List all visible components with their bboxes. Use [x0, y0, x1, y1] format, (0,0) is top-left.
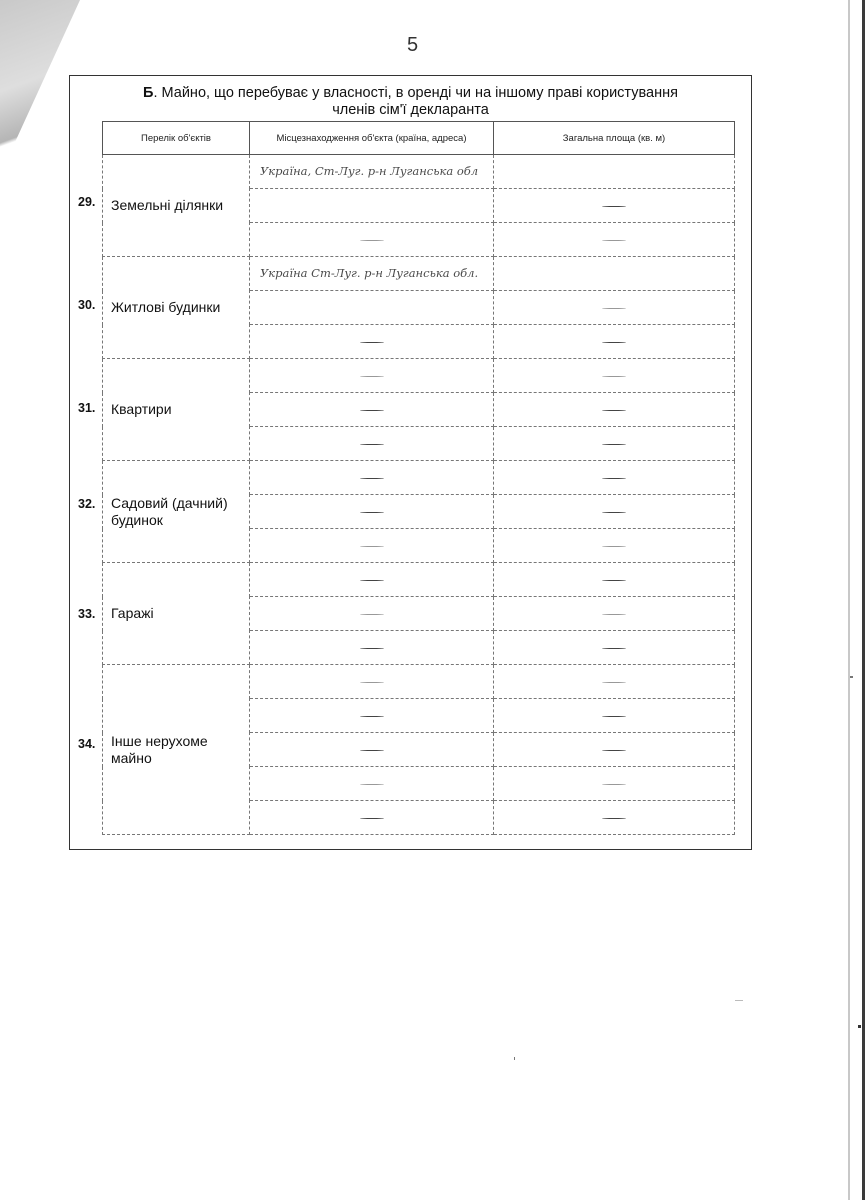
table-body: Земельні ділянкиУкраїна, Ст-Луг. р-н Луг…	[103, 155, 735, 835]
section-title-text: . Майно, що перебуває у власності, в оре…	[153, 85, 677, 101]
page-number: 5	[0, 34, 825, 57]
handwritten-dash	[602, 342, 626, 343]
location-cell	[250, 427, 494, 461]
handwritten-dash	[360, 444, 384, 445]
handwritten-dash	[602, 580, 626, 581]
item-number: 29.	[78, 195, 95, 209]
area-cell	[494, 291, 735, 325]
handwritten-dash	[360, 614, 384, 615]
handwritten-dash	[602, 716, 626, 717]
handwritten-dash	[360, 546, 384, 547]
area-cell	[494, 529, 735, 563]
handwritten-dash	[602, 784, 626, 785]
handwritten-dash	[360, 512, 384, 513]
category-cell: Садовий (дачний) будинок	[103, 461, 250, 563]
handwritten-address: Україна Ст-Луг. р-н Луганська обл.	[250, 267, 493, 280]
category-cell: Гаражі	[103, 563, 250, 665]
area-cell	[494, 733, 735, 767]
location-cell	[250, 325, 494, 359]
location-cell	[250, 665, 494, 699]
handwritten-dash	[360, 750, 384, 751]
area-cell	[494, 461, 735, 495]
location-cell	[250, 597, 494, 631]
handwritten-dash	[602, 240, 626, 241]
handwritten-dash	[360, 580, 384, 581]
area-cell	[494, 427, 735, 461]
handwritten-dash	[602, 410, 626, 411]
scan-speck	[850, 676, 853, 678]
handwritten-dash	[602, 376, 626, 377]
header-location: Місцезнаходження об'єкта (країна, адреса…	[250, 122, 494, 155]
category-cell: Інше нерухоме майно	[103, 665, 250, 835]
location-cell	[250, 393, 494, 427]
handwritten-dash	[360, 682, 384, 683]
scan-speck	[514, 1057, 515, 1060]
category-cell: Житлові будинки	[103, 257, 250, 359]
table-row: Квартири	[103, 359, 735, 393]
location-cell	[250, 563, 494, 597]
property-table: Перелік об'єктів Місцезнаходження об'єкт…	[102, 121, 735, 835]
scan-speck	[735, 1000, 743, 1001]
handwritten-dash	[602, 648, 626, 649]
item-number: 34.	[78, 737, 95, 751]
area-cell	[494, 631, 735, 665]
location-cell	[250, 631, 494, 665]
area-cell	[494, 563, 735, 597]
item-number: 33.	[78, 607, 95, 621]
handwritten-dash	[360, 648, 384, 649]
area-cell	[494, 801, 735, 835]
table-header-row: Перелік об'єктів Місцезнаходження об'єкт…	[103, 122, 735, 155]
location-cell	[250, 359, 494, 393]
handwritten-dash	[360, 716, 384, 717]
header-objects: Перелік об'єктів	[103, 122, 250, 155]
handwritten-dash	[360, 410, 384, 411]
location-cell: Україна, Ст-Луг. р-н Луганська обл	[250, 155, 494, 189]
section-letter: Б	[143, 85, 153, 101]
handwritten-dash	[602, 478, 626, 479]
handwritten-dash	[602, 206, 626, 207]
handwritten-dash	[360, 478, 384, 479]
location-cell	[250, 529, 494, 563]
area-cell	[494, 495, 735, 529]
area-cell	[494, 223, 735, 257]
section-title-line2: членів сім'ї декларанта	[332, 102, 489, 118]
area-cell	[494, 155, 735, 189]
category-cell: Квартири	[103, 359, 250, 461]
location-cell	[250, 733, 494, 767]
handwritten-dash	[602, 546, 626, 547]
header-area: Загальна площа (кв. м)	[494, 122, 735, 155]
location-cell	[250, 223, 494, 257]
scan-corner-shadow	[0, 0, 80, 175]
area-cell	[494, 767, 735, 801]
handwritten-dash	[360, 376, 384, 377]
handwritten-dash	[602, 614, 626, 615]
location-cell	[250, 699, 494, 733]
handwritten-dash	[360, 818, 384, 819]
location-cell	[250, 461, 494, 495]
handwritten-address: Україна, Ст-Луг. р-н Луганська обл	[250, 165, 493, 178]
area-cell	[494, 597, 735, 631]
area-cell	[494, 257, 735, 291]
item-number: 31.	[78, 401, 95, 415]
handwritten-dash	[602, 512, 626, 513]
location-cell	[250, 801, 494, 835]
handwritten-dash	[602, 444, 626, 445]
handwritten-dash	[602, 308, 626, 309]
area-cell	[494, 325, 735, 359]
item-number: 30.	[78, 298, 95, 312]
table-row: Земельні ділянкиУкраїна, Ст-Луг. р-н Луг…	[103, 155, 735, 189]
handwritten-dash	[602, 750, 626, 751]
scan-edge-line	[848, 0, 850, 1200]
area-cell	[494, 359, 735, 393]
section-title: Б. Майно, що перебуває у власності, в ор…	[69, 85, 752, 119]
table-row: Гаражі	[103, 563, 735, 597]
handwritten-dash	[360, 784, 384, 785]
scan-speck	[858, 1025, 861, 1028]
handwritten-dash	[602, 682, 626, 683]
area-cell	[494, 699, 735, 733]
location-cell	[250, 495, 494, 529]
item-number: 32.	[78, 497, 95, 511]
handwritten-dash	[360, 240, 384, 241]
location-cell	[250, 767, 494, 801]
table-row: Житлові будинкиУкраїна Ст-Луг. р-н Луган…	[103, 257, 735, 291]
category-cell: Земельні ділянки	[103, 155, 250, 257]
location-cell	[250, 291, 494, 325]
area-cell	[494, 665, 735, 699]
location-cell	[250, 189, 494, 223]
table-row: Садовий (дачний) будинок	[103, 461, 735, 495]
handwritten-dash	[360, 342, 384, 343]
location-cell: Україна Ст-Луг. р-н Луганська обл.	[250, 257, 494, 291]
table-row: Інше нерухоме майно	[103, 665, 735, 699]
area-cell	[494, 393, 735, 427]
handwritten-dash	[602, 818, 626, 819]
area-cell	[494, 189, 735, 223]
